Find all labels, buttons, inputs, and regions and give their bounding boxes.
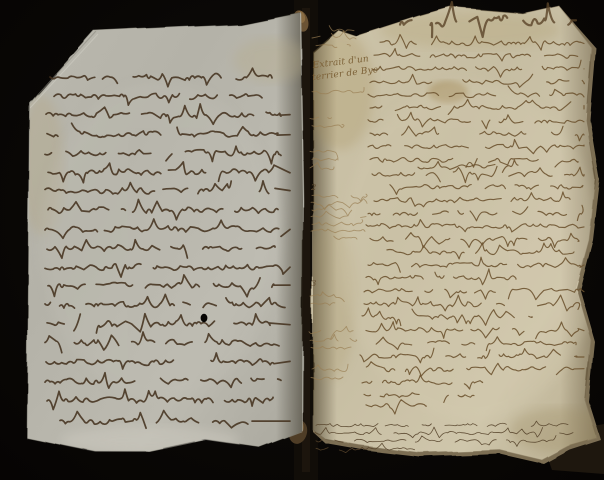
margin-number-3: 3 [311,279,316,289]
left-page-torn-bottom-highlight [60,426,240,454]
margin-number-2: 2 [310,183,316,193]
manuscript-photo: Extrait d'un terrier de Bye 2 3 [0,0,604,480]
handwriting-line [329,26,354,32]
left-page-wormhole [201,314,208,322]
left-page-stain [234,38,310,82]
manuscript-scan: Extrait d'un terrier de Bye 2 3 [0,0,604,480]
